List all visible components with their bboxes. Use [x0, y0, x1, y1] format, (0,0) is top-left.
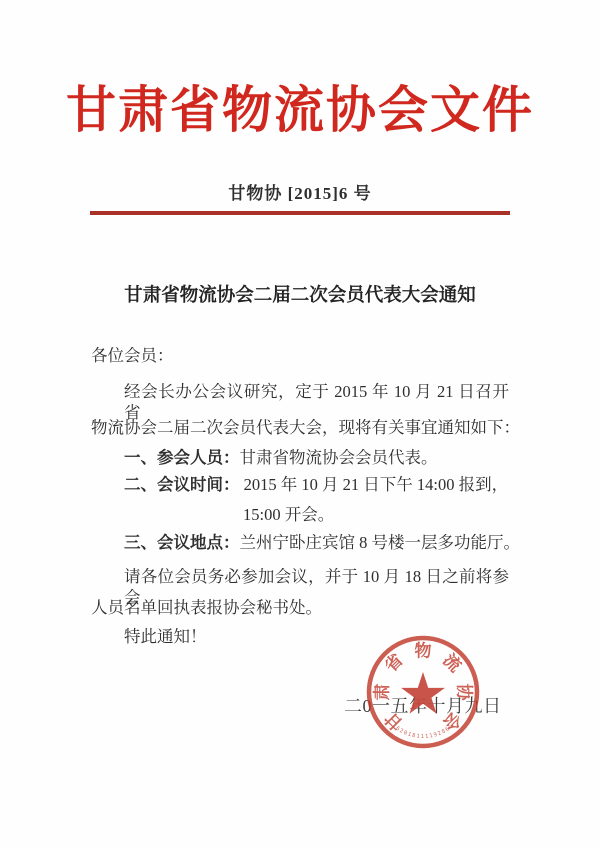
document-header-title: 甘肃省物流协会文件	[0, 70, 600, 142]
seal-char: 物	[415, 641, 432, 661]
item-venue-text: 兰州宁卧庄宾馆 8 号楼一层多功能厅。	[240, 533, 521, 552]
item-time-text: 2015 年 10 月 21 日下午 14:00 报到，	[240, 475, 509, 494]
seal-serial-number: 6201811119286	[394, 726, 451, 740]
document-page: 甘肃省物流协会文件 甘物协 [2015]6 号 甘肃省物流协会二届二次会员代表大…	[0, 0, 600, 848]
closing-line-2: 人员名单回执表报协会秘书处。	[91, 597, 509, 618]
official-seal: 甘 肃 省 物 流 协 会 6201811119286	[358, 627, 488, 757]
intro-line-2: 物流协会二届二次会员代表大会，现将有关事宜通知如下：	[91, 417, 509, 438]
item-time-line: 二、会议时间： 2015 年 10 月 21 日下午 14:00 报到，	[91, 474, 509, 495]
salutation-line: 各位会员：	[91, 345, 509, 366]
item-time-continuation: 15:00 开会。	[91, 504, 600, 525]
document-number: 甘物协 [2015]6 号	[0, 179, 600, 204]
item-time-label: 二、会议时间：	[124, 475, 240, 494]
star-icon	[401, 672, 445, 714]
item-attendees-text: 甘肃省物流协会会员代表。	[240, 448, 438, 467]
notice-title: 甘肃省物流协会二届二次会员代表大会通知	[0, 281, 600, 307]
item-attendees-label: 一、参会人员：	[124, 448, 240, 467]
item-attendees-line: 一、参会人员：甘肃省物流协会会员代表。	[91, 447, 509, 468]
seal-char: 协	[455, 684, 475, 702]
seal-char: 肃	[372, 684, 392, 701]
item-venue-line: 三、会议地点：兰州宁卧庄宾馆 8 号楼一层多功能厅。	[91, 532, 509, 553]
item-venue-label: 三、会议地点：	[124, 533, 240, 552]
header-divider-line	[90, 211, 510, 215]
